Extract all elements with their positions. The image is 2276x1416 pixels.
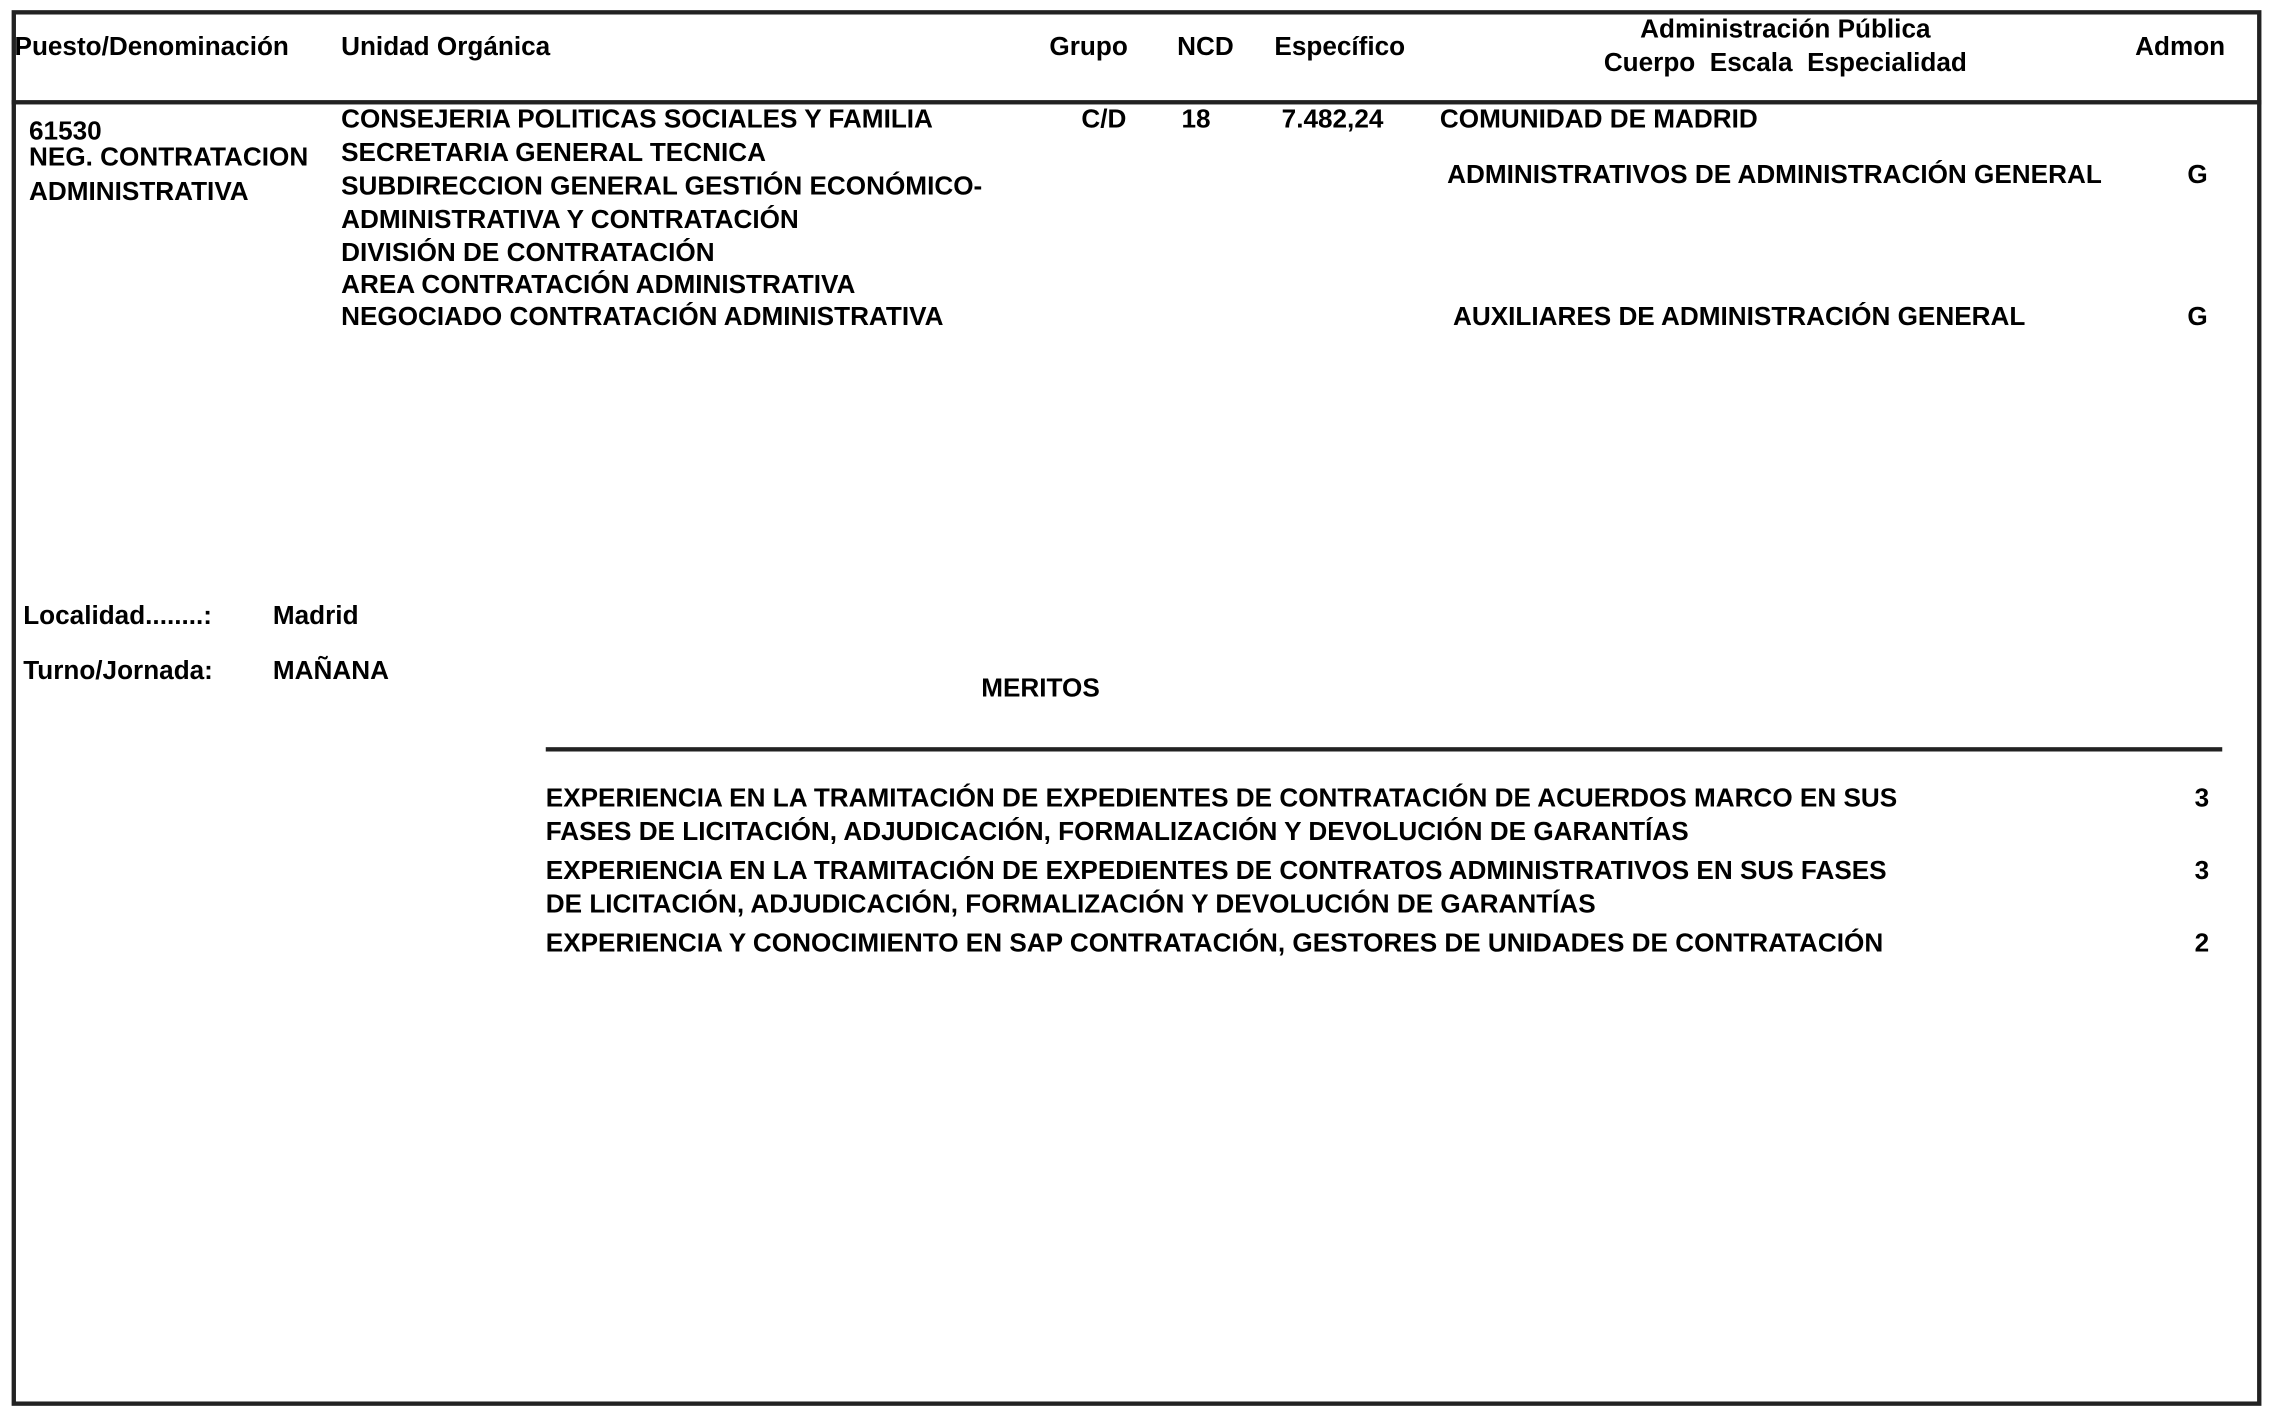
unidad-organica-line: NEGOCIADO CONTRATACIÓN ADMINISTRATIVA <box>341 302 943 332</box>
header-grupo: Grupo <box>1049 32 1127 62</box>
header-cuerpo-escala-especialidad: Cuerpo Escala Especialidad <box>1568 48 2003 78</box>
merito-line: DE LICITACIÓN, ADJUDICACIÓN, FORMALIZACI… <box>546 889 1596 919</box>
turno-label: Turno/Jornada: <box>23 656 213 686</box>
merito-line: EXPERIENCIA EN LA TRAMITACIÓN DE EXPEDIE… <box>546 783 1897 813</box>
grupo-value: C/D <box>1081 104 1126 134</box>
unidad-organica-line: SECRETARIA GENERAL TECNICA <box>341 138 766 168</box>
cuerpo-admon: G <box>2187 302 2207 332</box>
header-admon: Admon <box>2135 32 2225 62</box>
header-administracion-publica: Administración Pública <box>1568 15 2003 45</box>
meritos-divider <box>546 747 2222 751</box>
administracion-publica-value: COMUNIDAD DE MADRID <box>1440 104 1758 134</box>
localidad-value: Madrid <box>273 601 359 631</box>
unidad-organica-line: SUBDIRECCION GENERAL GESTIÓN ECONÓMICO- <box>341 171 982 201</box>
localidad-label: Localidad........: <box>23 601 212 631</box>
merito-points: 3 <box>2195 856 2210 886</box>
cuerpo-name: ADMINISTRATIVOS DE ADMINISTRACIÓN GENERA… <box>1447 160 2102 190</box>
unidad-organica-line: AREA CONTRATACIÓN ADMINISTRATIVA <box>341 270 855 300</box>
puesto-denominacion-line2: ADMINISTRATIVA <box>29 177 249 207</box>
unidad-organica-line: CONSEJERIA POLITICAS SOCIALES Y FAMILIA <box>341 104 933 134</box>
cuerpo-name: AUXILIARES DE ADMINISTRACIÓN GENERAL <box>1453 302 2025 332</box>
ncd-value: 18 <box>1182 104 1211 134</box>
merito-line: FASES DE LICITACIÓN, ADJUDICACIÓN, FORMA… <box>546 817 1689 847</box>
merito-line: EXPERIENCIA Y CONOCIMIENTO EN SAP CONTRA… <box>546 929 1883 959</box>
unidad-organica-line: DIVISIÓN DE CONTRATACIÓN <box>341 238 715 268</box>
merito-points: 2 <box>2195 929 2210 959</box>
merito-line: EXPERIENCIA EN LA TRAMITACIÓN DE EXPEDIE… <box>546 856 1887 886</box>
turno-value: MAÑANA <box>273 656 389 686</box>
header-ncd: NCD <box>1177 32 1234 62</box>
puesto-denominacion-line1: NEG. CONTRATACION <box>29 142 308 172</box>
cuerpo-admon: G <box>2187 160 2207 190</box>
merito-points: 3 <box>2195 783 2210 813</box>
especifico-value: 7.482,24 <box>1282 104 1384 134</box>
header-puesto: Puesto/Denominación <box>15 32 289 62</box>
header-unidad-organica: Unidad Orgánica <box>341 32 550 62</box>
unidad-organica-line: ADMINISTRATIVA Y CONTRATACIÓN <box>341 205 799 235</box>
meritos-title: MERITOS <box>981 673 1100 703</box>
header-especifico: Específico <box>1274 32 1405 62</box>
document-page: Puesto/Denominación Unidad Orgánica Grup… <box>0 0 2276 1416</box>
